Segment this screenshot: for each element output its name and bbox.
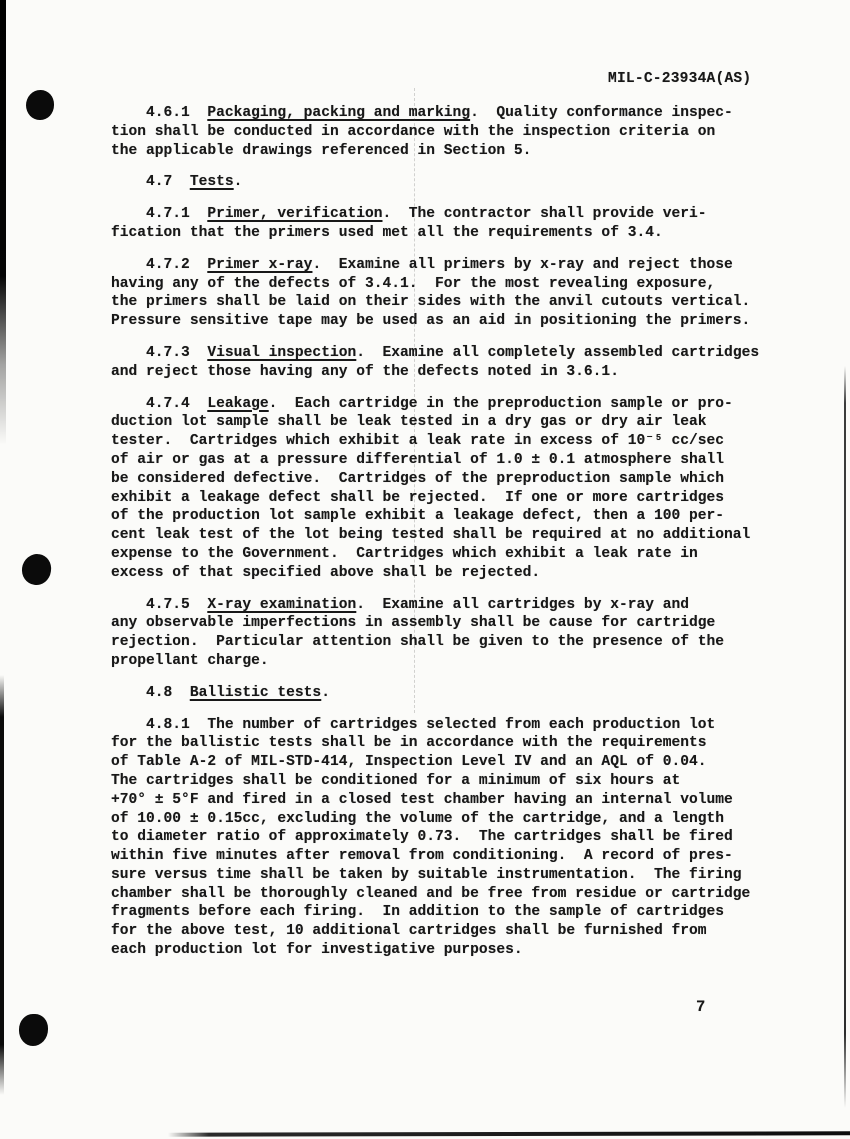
- paragraph-4-7-3: 4.7.3 Visual inspection. Examine all com…: [111, 344, 811, 382]
- section-number: 4.8: [111, 685, 190, 701]
- scan-edge-artifact-right: [844, 366, 846, 1108]
- section-heading: Leakage: [207, 396, 268, 412]
- section-number: 4.7: [111, 174, 190, 190]
- paragraph-4-7: 4.7 Tests.: [111, 173, 811, 192]
- document-body: 4.6.1 Packaging, packing and marking. Qu…: [111, 104, 811, 973]
- hole-punch-bottom: [19, 1014, 48, 1046]
- scan-edge-artifact-left-top: [0, 0, 6, 445]
- section-body: The number of cartridges selected from e…: [111, 717, 750, 959]
- section-number: 4.7.3: [111, 345, 207, 361]
- section-number: 4.7.4: [111, 396, 207, 412]
- section-heading: Primer x-ray: [207, 257, 312, 273]
- section-heading: Primer, verification: [207, 206, 382, 222]
- paragraph-4-8: 4.8 Ballistic tests.: [111, 684, 811, 703]
- paragraph-4-7-4: 4.7.4 Leakage. Each cartridge in the pre…: [111, 395, 811, 583]
- scan-edge-artifact-left-bottom: [0, 675, 4, 1095]
- section-number: 4.8.1: [111, 717, 207, 733]
- scanned-document-page: MIL-C-23934A(AS) 4.6.1 Packaging, packin…: [0, 0, 850, 1139]
- section-body: .: [234, 174, 243, 190]
- paragraph-4-7-2: 4.7.2 Primer x-ray. Examine all primers …: [111, 256, 811, 331]
- paragraph-4-7-5: 4.7.5 X-ray examination. Examine all car…: [111, 596, 811, 671]
- hole-punch-middle: [20, 552, 53, 587]
- section-heading: X-ray examination: [207, 597, 356, 613]
- scan-edge-artifact-bottom: [168, 1131, 850, 1136]
- section-number: 4.6.1: [111, 105, 207, 121]
- paragraph-4-8-1: 4.8.1 The number of cartridges selected …: [111, 716, 811, 960]
- paragraph-4-7-1: 4.7.1 Primer, verification. The contract…: [111, 205, 811, 243]
- section-body: . Each cartridge in the preproduction sa…: [111, 396, 750, 581]
- page-number: 7: [696, 998, 705, 1016]
- section-number: 4.7.5: [111, 597, 207, 613]
- section-heading: Ballistic tests: [190, 685, 321, 701]
- section-heading: Visual inspection: [207, 345, 356, 361]
- paragraph-4-6-1: 4.6.1 Packaging, packing and marking. Qu…: [111, 104, 811, 160]
- section-body: .: [321, 685, 330, 701]
- section-number: 4.7.2: [111, 257, 207, 273]
- document-number-header: MIL-C-23934A(AS): [608, 71, 751, 87]
- page-fold-artifact: [414, 88, 415, 713]
- hole-punch-top: [26, 90, 54, 120]
- section-heading: Tests: [190, 174, 234, 190]
- section-number: 4.7.1: [111, 206, 207, 222]
- section-heading: Packaging, packing and marking: [207, 105, 470, 121]
